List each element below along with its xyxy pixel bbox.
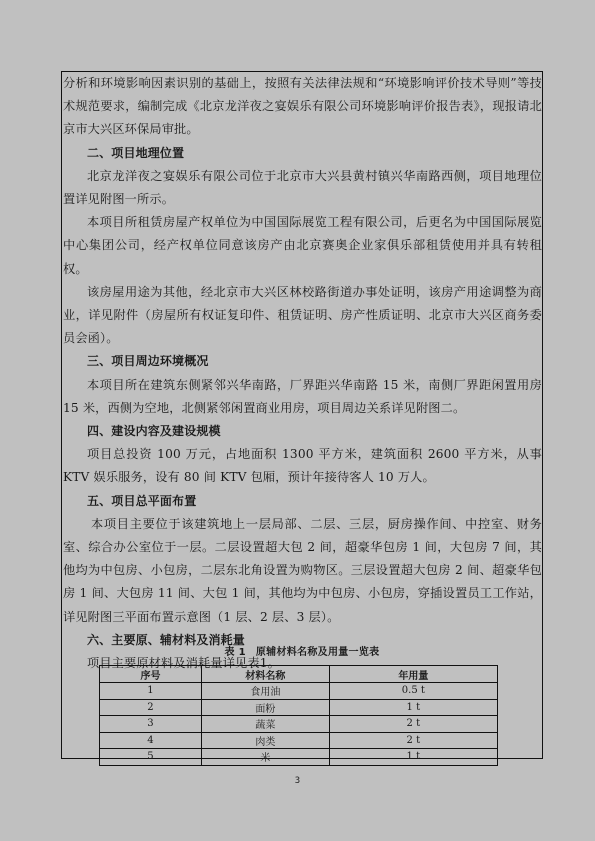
table-row: 5 米 1 t (100, 749, 498, 766)
column-header-annual-usage: 年用量 (329, 666, 497, 683)
table-cell-material: 蔬菜 (201, 716, 329, 733)
section-2-paragraph-2: 本项目所租赁房屋产权单位为中国国际展览工程有限公司，后更名为中国国际展览中心集团… (63, 211, 542, 281)
section-3-paragraph-1: 本项目所在建筑东侧紧邻兴华南路，厂界距兴华南路 15 米，南侧厂界距闲置用房 1… (63, 374, 542, 420)
section-3-heading: 三、项目周边环境概况 (63, 350, 542, 373)
section-4-heading: 四、建设内容及建设规模 (63, 420, 542, 443)
table-header-row: 序号 材料名称 年用量 (100, 666, 498, 683)
section-2-heading: 二、项目地理位置 (63, 142, 542, 165)
table-caption-title: 原辅材料名称及用量一览表 (256, 647, 380, 658)
table-cell-annual-usage: 1 t (329, 749, 497, 766)
table-cell-material: 食用油 (201, 683, 329, 700)
table-cell-annual-usage: 1 t (329, 699, 497, 716)
materials-table: 序号 材料名称 年用量 1 食用油 0.5 t 2 面粉 1 t 3 蔬菜 2 … (99, 665, 498, 766)
column-header-index: 序号 (100, 666, 202, 683)
table-row: 4 肉类 2 t (100, 732, 498, 749)
table-cell-index: 3 (100, 716, 202, 733)
column-header-material: 材料名称 (201, 666, 329, 683)
table-cell-index: 4 (100, 732, 202, 749)
section-2-paragraph-3: 该房屋用途为其他，经北京市大兴区林校路街道办事处证明，该房产用途调整为商业，详见… (63, 281, 542, 351)
table-row: 1 食用油 0.5 t (100, 683, 498, 700)
section-2-paragraph-1: 北京龙洋夜之宴娱乐有限公司位于北京市大兴县黄村镇兴华南路西侧，项目地理位置详见附… (63, 165, 542, 211)
section-5-heading: 五、项目总平面布置 (63, 490, 542, 513)
table-row: 2 面粉 1 t (100, 699, 498, 716)
section-4-paragraph-1: 项目总投资 100 万元，占地面积 1300 平方米，建筑面积 2600 平方米… (63, 443, 542, 489)
table-cell-annual-usage: 0.5 t (329, 683, 497, 700)
table-cell-annual-usage: 2 t (329, 716, 497, 733)
table-caption: 表 1原辅材料名称及用量一览表 (62, 643, 542, 658)
table-cell-material: 米 (201, 749, 329, 766)
report-frame: 分析和环境影响因素识别的基础上，按照有关法律法规和“环境影响评价技术导则”等技术… (61, 71, 543, 759)
table-cell-index: 1 (100, 683, 202, 700)
report-body: 分析和环境影响因素识别的基础上，按照有关法律法规和“环境影响评价技术导则”等技术… (63, 72, 542, 675)
table-cell-material: 肉类 (201, 732, 329, 749)
table-caption-number: 表 1 (225, 647, 246, 658)
page-number: 3 (0, 776, 595, 786)
table-cell-index: 5 (100, 749, 202, 766)
table-cell-index: 2 (100, 699, 202, 716)
table-row: 3 蔬菜 2 t (100, 716, 498, 733)
table-cell-material: 面粉 (201, 699, 329, 716)
intro-paragraph: 分析和环境影响因素识别的基础上，按照有关法律法规和“环境影响评价技术导则”等技术… (63, 72, 542, 142)
section-5-paragraph-1: 本项目主要位于该建筑地上一层局部、二层、三层，厨房操作间、中控室、财务室、综合办… (63, 513, 542, 629)
table-cell-annual-usage: 2 t (329, 732, 497, 749)
